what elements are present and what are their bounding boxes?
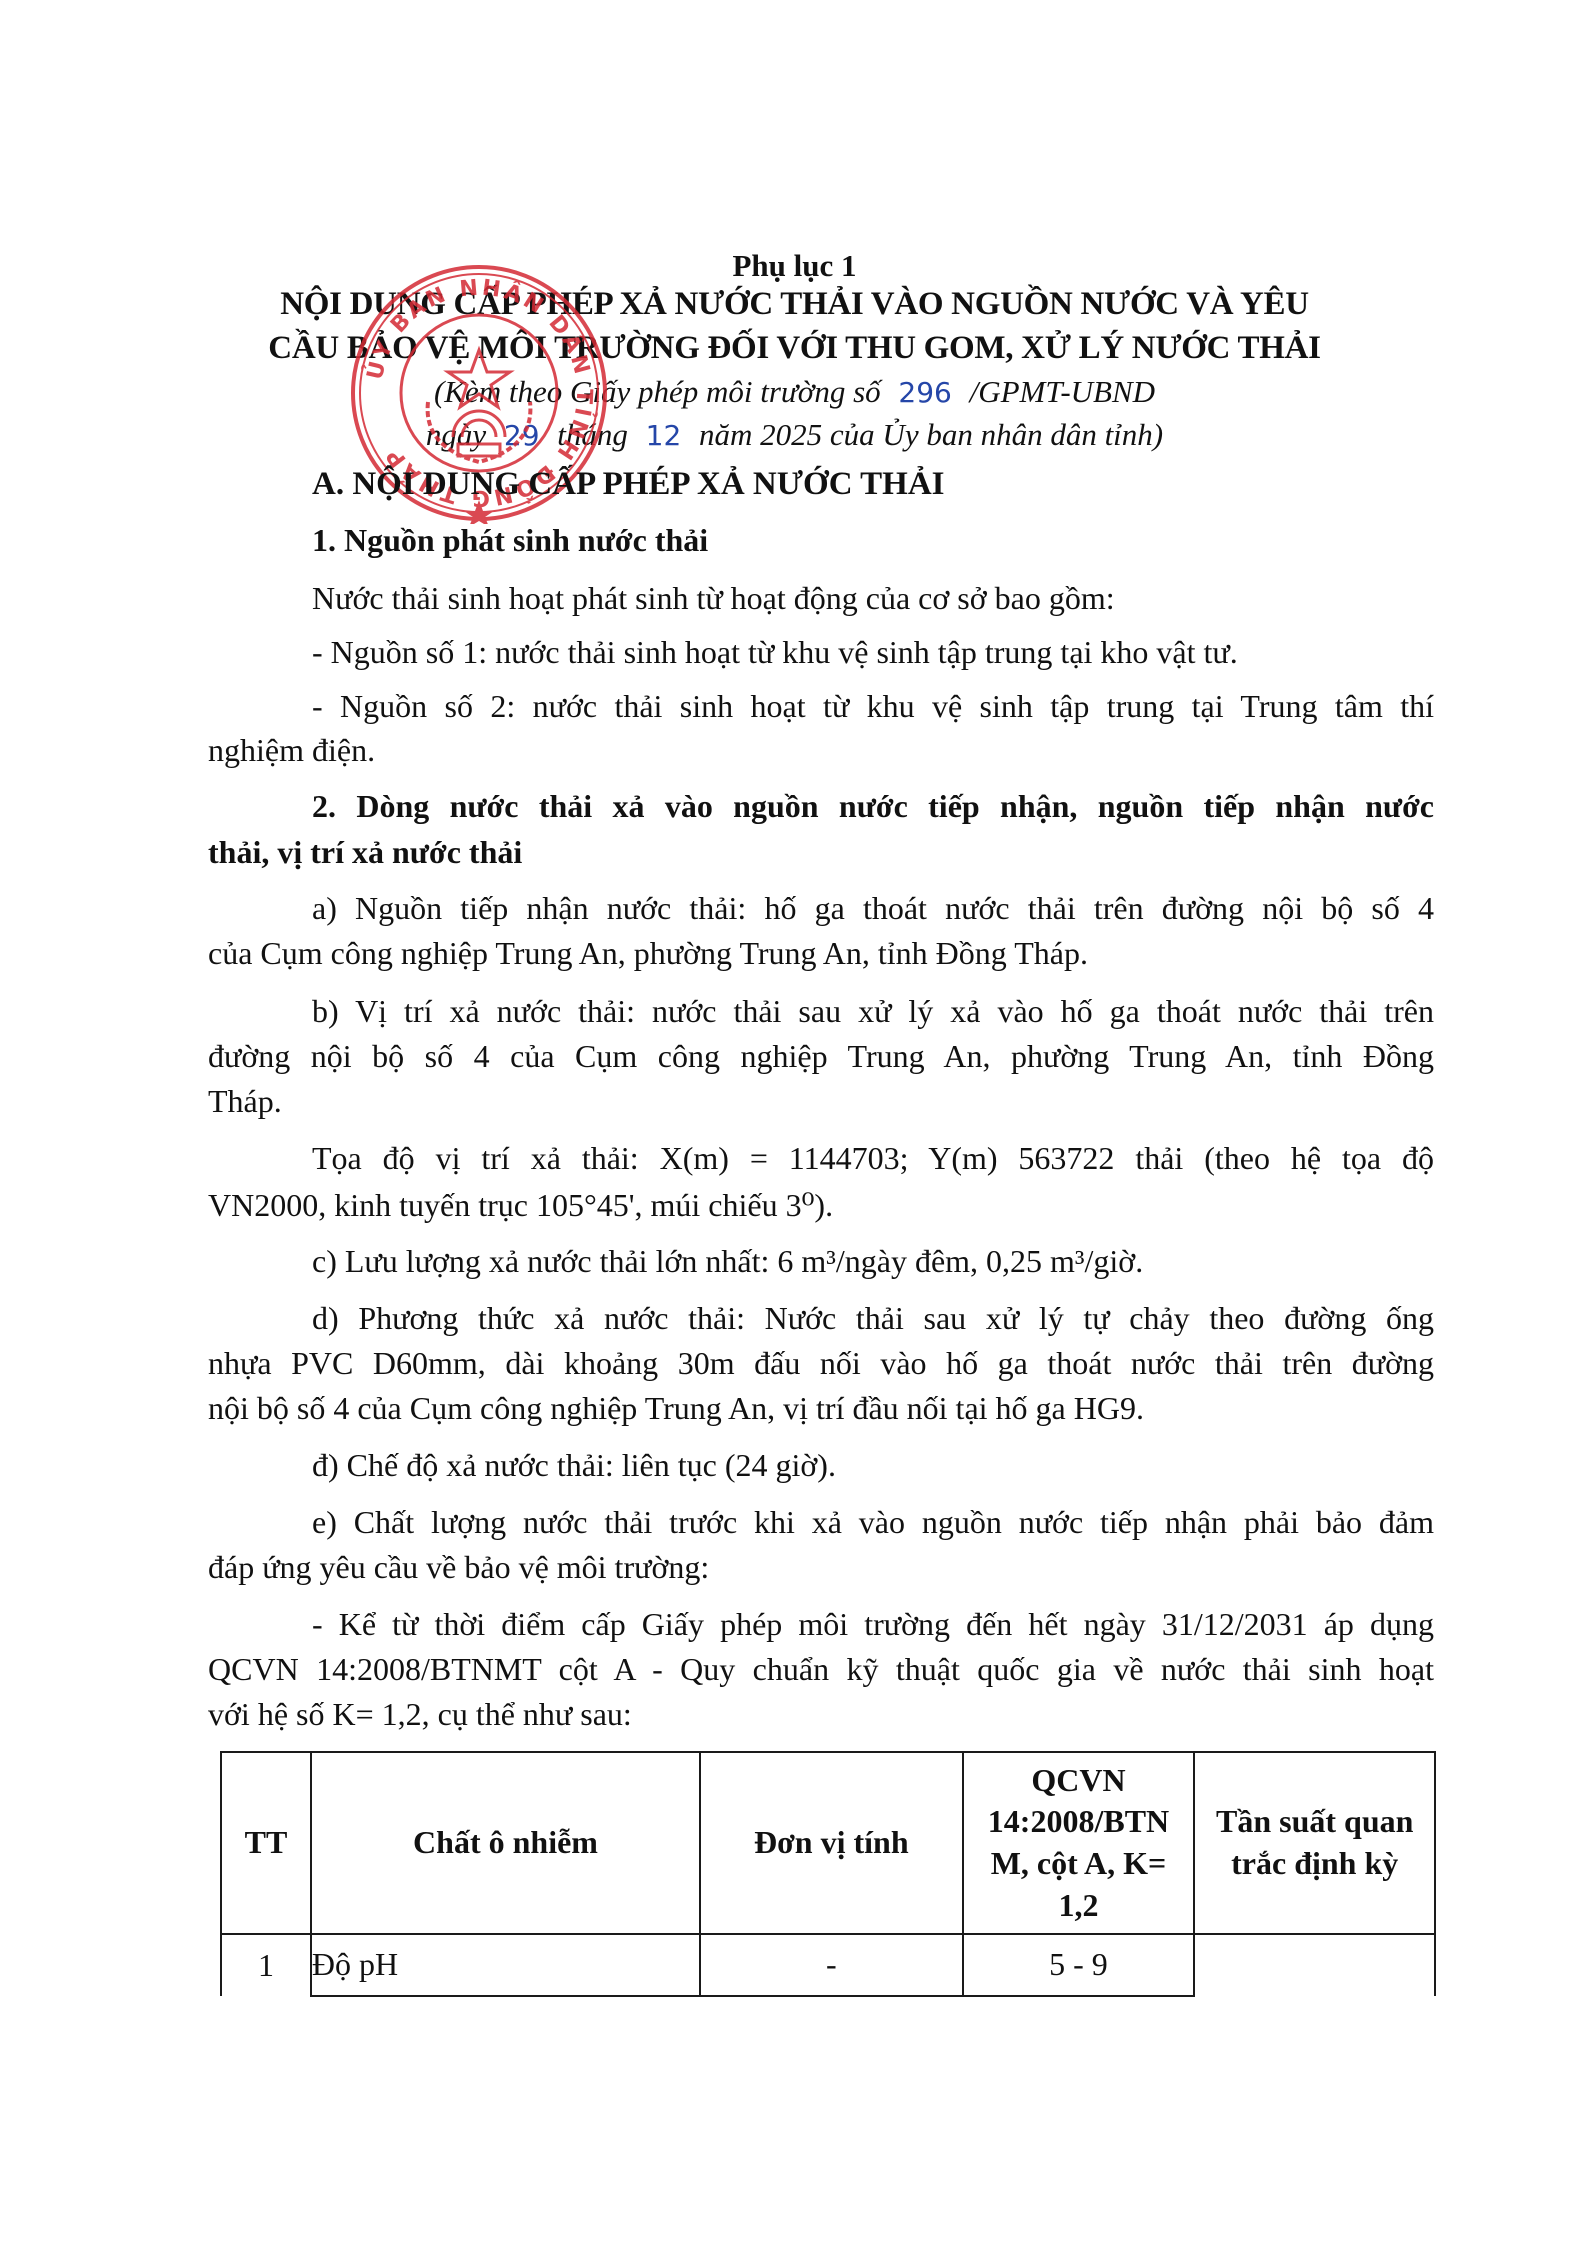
- section-a-heading: A. NỘI DUNG CẤP PHÉP XẢ NƯỚC THẢI: [312, 466, 945, 503]
- standard-line-2: QCVN 14:2008/BTNMT cột A - Quy chuẩn kỹ …: [208, 1651, 1434, 1688]
- item-a-line-2: của Cụm công nghiệp Trung An, phường Tru…: [208, 935, 1088, 972]
- header-unit: Đơn vị tính: [700, 1752, 962, 1934]
- item-b-line-1: b) Vị trí xả nước thải: nước thải sau xử…: [312, 993, 1434, 1030]
- table-row: 1 Độ pH - 5 - 9: [221, 1934, 1435, 1996]
- cell-limit: 5 - 9: [963, 1934, 1195, 1996]
- appendix-title: Phụ lục 1: [0, 248, 1589, 284]
- item-dd-line-1: đ) Chế độ xả nước thải: liên tục (24 giờ…: [312, 1447, 836, 1484]
- table-header-row: TT Chất ô nhiễm Đơn vị tính QCVN 14:2008…: [221, 1752, 1435, 1934]
- header-pollutant: Chất ô nhiễm: [311, 1752, 700, 1934]
- item-e-line-2: đáp ứng yêu cầu về bảo vệ môi trường:: [208, 1549, 709, 1586]
- document-page: Phụ lục 1 NỘI DUNG CẤP PHÉP XẢ NƯỚC THẢI…: [0, 0, 1589, 2245]
- date-suffix: năm 2025 của Ủy ban nhân dân tỉnh): [699, 417, 1163, 452]
- section-2-heading-line-2: thải, vị trí xả nước thải: [208, 834, 522, 871]
- item-b-line-2: đường nội bộ số 4 của Cụm công nghiệp Tr…: [208, 1038, 1434, 1075]
- subtitle-line-1: (Kèm theo Giấy phép môi trường số 296 /G…: [0, 374, 1589, 410]
- source-2-text-line-2: nghiệm điện.: [208, 732, 375, 769]
- section-2-heading-line-1: 2. Dòng nước thải xả vào nguồn nước tiếp…: [312, 788, 1434, 825]
- standard-line-3: với hệ số K= 1,2, cụ thể như sau:: [208, 1696, 632, 1733]
- handwritten-month: 12: [636, 419, 692, 452]
- item-e-line-1: e) Chất lượng nước thải trước khi xả vào…: [312, 1504, 1434, 1541]
- item-c-line-1: c) Lưu lượng xả nước thải lớn nhất: 6 m³…: [312, 1243, 1143, 1280]
- section-1-heading: 1. Nguồn phát sinh nước thải: [312, 522, 708, 559]
- cell-tt: 1: [221, 1934, 311, 1996]
- header-qcvn-limit: QCVN 14:2008/BTN M, cột A, K= 1,2: [963, 1752, 1195, 1934]
- standard-line-1: - Kể từ thời điểm cấp Giấy phép môi trườ…: [312, 1606, 1434, 1643]
- source-2-text-line-1: - Nguồn số 2: nước thải sinh hoạt từ khu…: [312, 688, 1434, 725]
- handwritten-permit-number: 296: [888, 376, 961, 409]
- header-tt: TT: [221, 1752, 311, 1934]
- item-d-line-2: nhựa PVC D60mm, dài khoảng 30m đấu nối v…: [208, 1345, 1434, 1382]
- main-title-line-1: NỘI DUNG CẤP PHÉP XẢ NƯỚC THẢI VÀO NGUỒN…: [0, 286, 1589, 323]
- cell-frequency: [1194, 1934, 1435, 1996]
- item-d-line-3: nội bộ số 4 của Cụm công nghiệp Trung An…: [208, 1390, 1144, 1427]
- header-monitoring-frequency: Tần suất quan trắc định kỳ: [1194, 1752, 1435, 1934]
- pollutant-limits-table: TT Chất ô nhiễm Đơn vị tính QCVN 14:2008…: [220, 1751, 1436, 1997]
- cell-pollutant: Độ pH: [311, 1934, 700, 1996]
- item-a-line-1: a) Nguồn tiếp nhận nước thải: hố ga thoá…: [312, 890, 1434, 927]
- section-1-intro: Nước thải sinh hoạt phát sinh từ hoạt độ…: [312, 580, 1115, 617]
- subtitle-suffix: /GPMT-UBND: [970, 374, 1155, 409]
- cell-unit: -: [700, 1934, 962, 1996]
- coordinates-line-2: VN2000, kinh tuyến trục 105°45', múi chi…: [208, 1186, 833, 1224]
- source-1-text: - Nguồn số 1: nước thải sinh hoạt từ khu…: [312, 634, 1238, 671]
- main-title-line-2: CẦU BẢO VỆ MÔI TRƯỜNG ĐỐI VỚI THU GOM, X…: [0, 330, 1589, 367]
- coordinates-line-1: Tọa độ vị trí xả thải: X(m) = 1144703; Y…: [312, 1140, 1434, 1177]
- item-b-line-3: Tháp.: [208, 1083, 282, 1120]
- subtitle-line-2: ngày 29 tháng 12 năm 2025 của Ủy ban nhâ…: [0, 417, 1589, 453]
- item-d-line-1: d) Phương thức xả nước thải: Nước thải s…: [312, 1300, 1434, 1337]
